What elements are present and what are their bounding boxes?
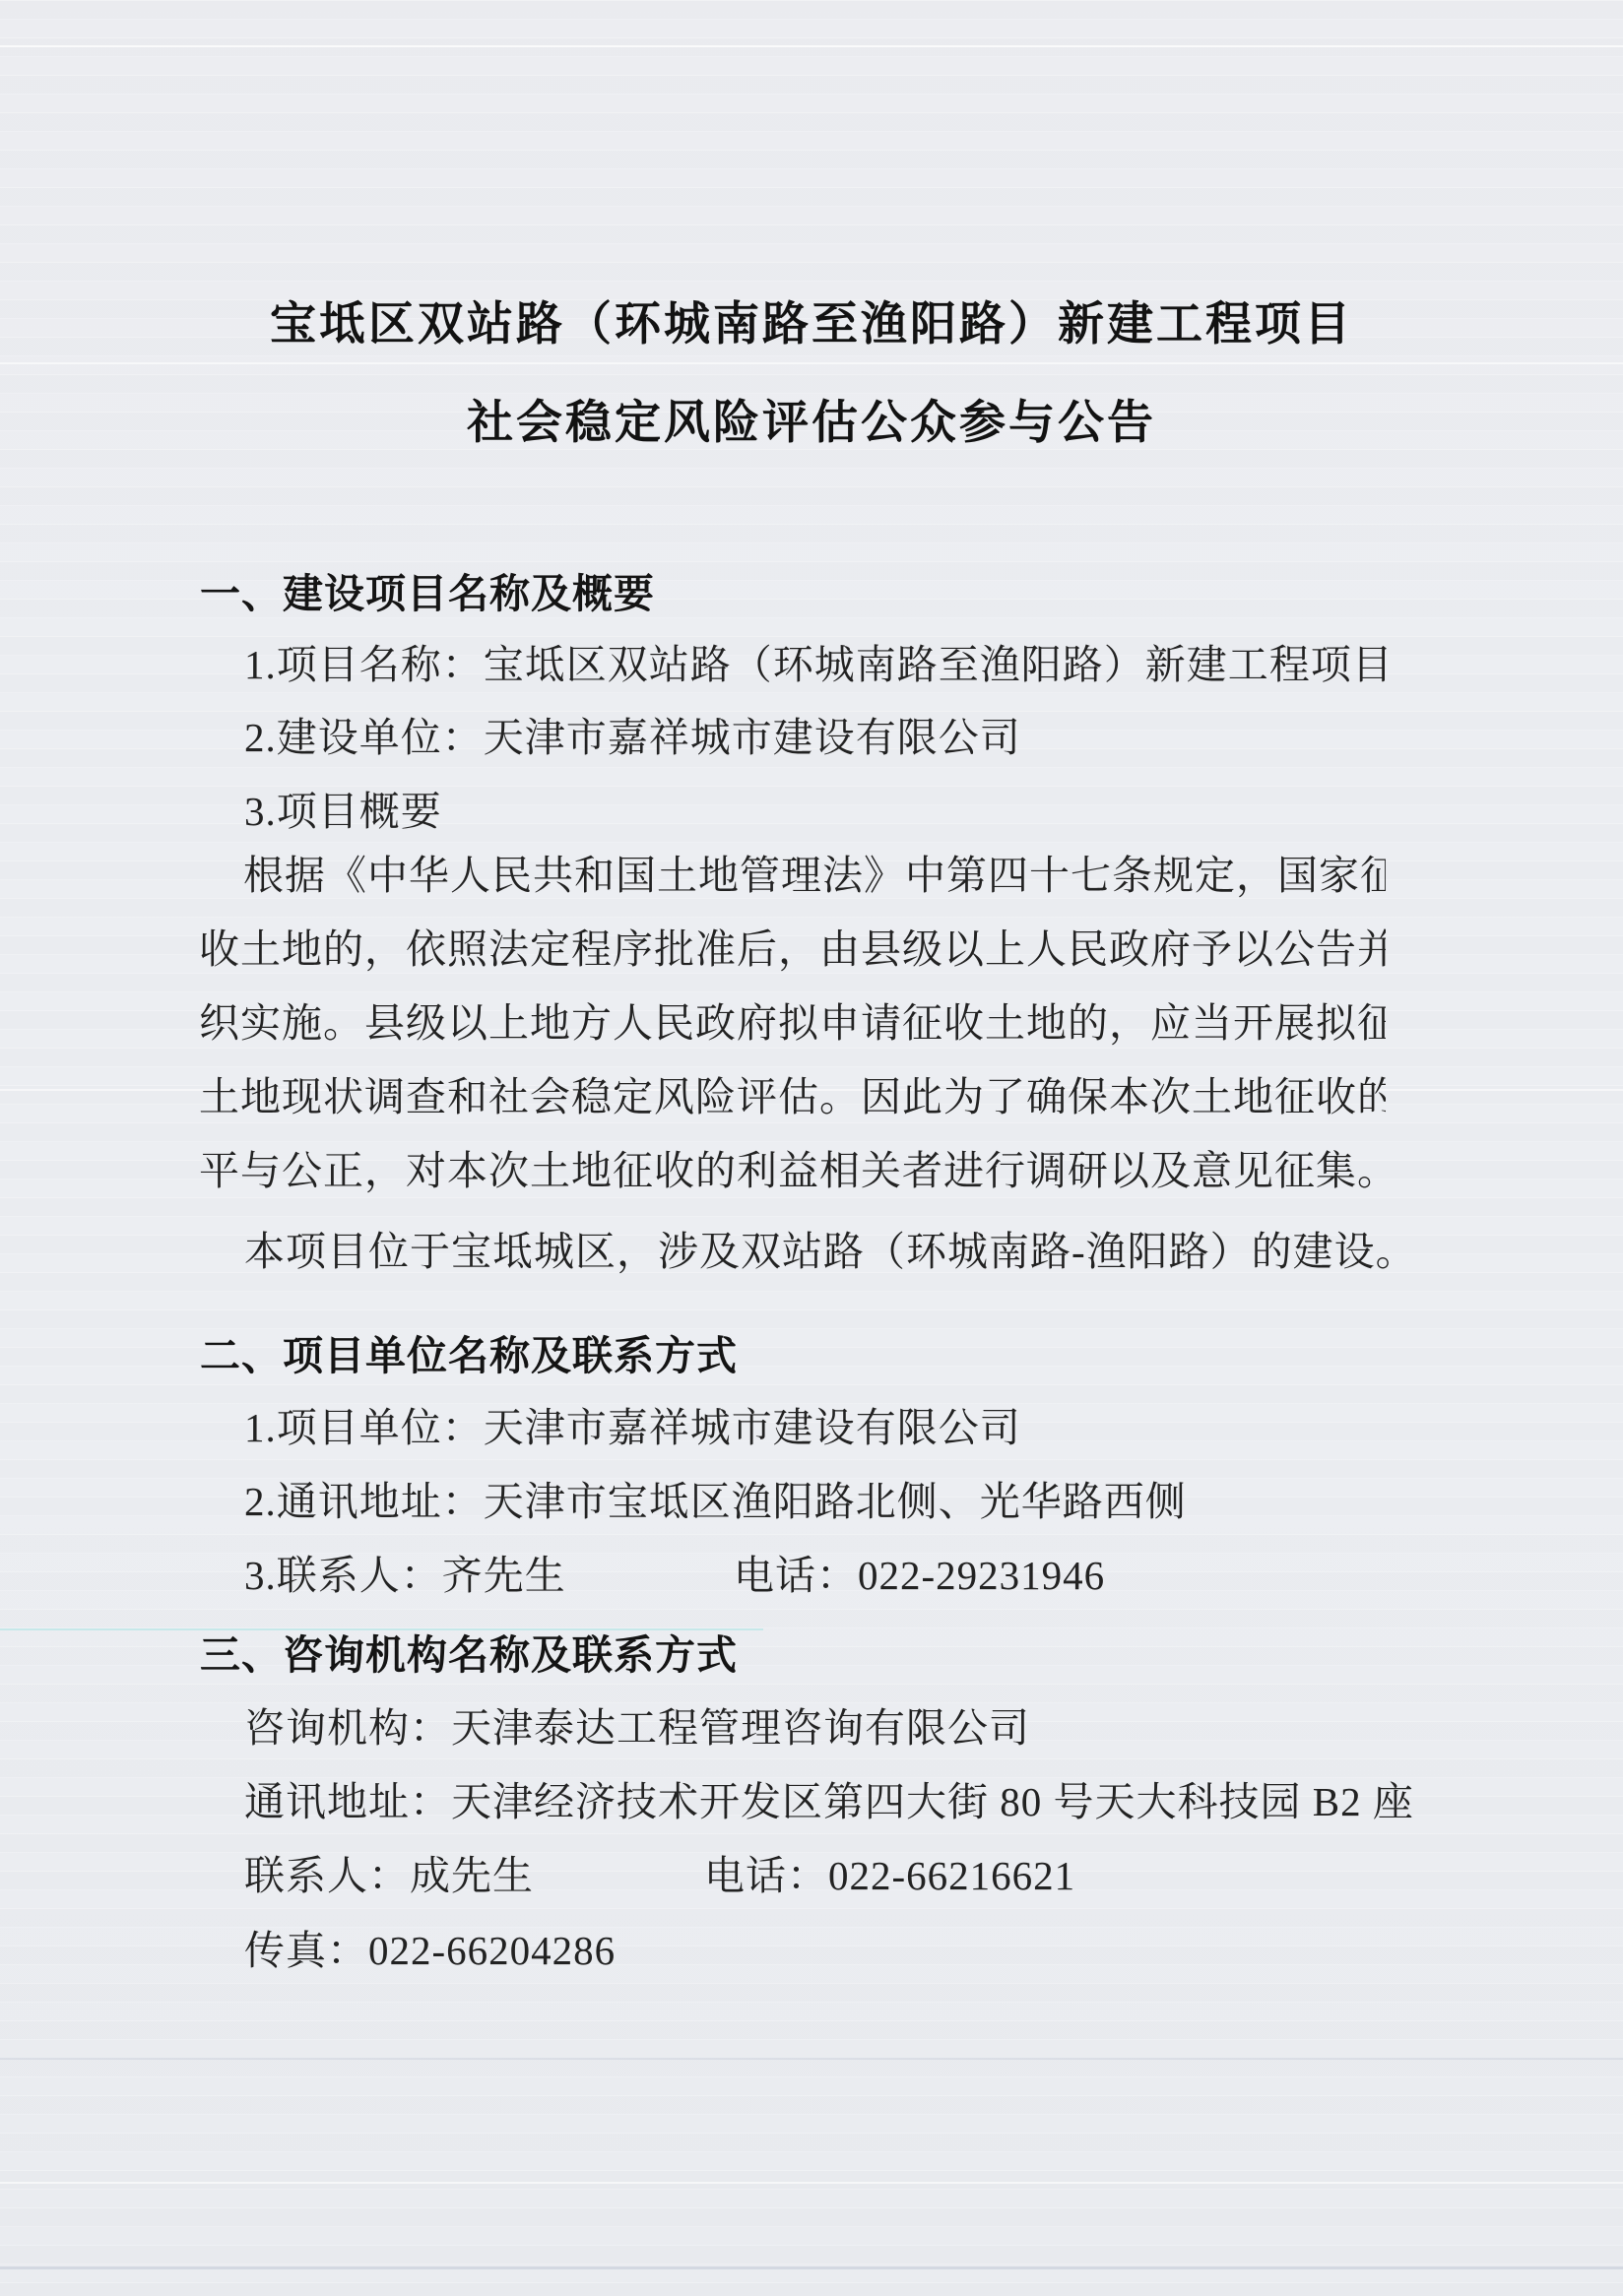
section-1-item-project-name: 1.项目名称：宝坻区双站路（环城南路至渔阳路）新建工程项目 xyxy=(244,632,1394,690)
contact-phone-label: 电话：022-66216621 xyxy=(704,1843,1075,1901)
section-3-heading: 三、咨询机构名称及联系方式 xyxy=(200,1623,738,1681)
section-1-heading: 一、建设项目名称及概要 xyxy=(200,561,655,619)
scanned-document: 宝坻区双站路（环城南路至渔阳路）新建工程项目 社会稳定风险评估公众参与公告 一、… xyxy=(0,0,1623,2296)
section-2-heading: 二、项目单位名称及联系方式 xyxy=(200,1323,738,1381)
contact-phone-label: 电话：022-29231946 xyxy=(734,1543,1105,1601)
page-title-line-1: 宝坻区双站路（环城南路至渔阳路）新建工程项目 xyxy=(0,287,1623,353)
section-1-item-construction-unit: 2.建设单位：天津市嘉祥城市建设有限公司 xyxy=(244,705,1021,763)
section-3-consulting-agency: 咨询机构：天津泰达工程管理咨询有限公司 xyxy=(244,1695,1030,1754)
scan-artifact-line xyxy=(0,2266,1623,2269)
section-2-item-mailing-address: 2.通讯地址：天津市宝坻区渔阳路北侧、光华路西侧 xyxy=(244,1469,1187,1527)
section-3-contact-row: 联系人：成先生 电话：022-66216621 xyxy=(0,1843,1623,1902)
paragraph-line: 收土地的，依照法定程序批准后，由县级以上人民政府予以公告并组 xyxy=(199,919,1386,992)
scan-artifact-line xyxy=(0,2058,1623,2060)
section-3-mailing-address: 通讯地址：天津经济技术开发区第四大街 80 号天大科技园 B2 座 xyxy=(244,1769,1414,1827)
paragraph-line: 根据《中华人民共和国土地管理法》中第四十七条规定，国家征 xyxy=(243,845,1386,919)
page-title-line-2: 社会稳定风险评估公众参与公告 xyxy=(0,386,1623,452)
paragraph-line: 土地现状调查和社会稳定风险评估。因此为了确保本次土地征收的公 xyxy=(199,1066,1386,1140)
scan-artifact-line xyxy=(0,362,1623,364)
contact-person-label: 3.联系人：齐先生 xyxy=(244,1543,566,1601)
section-3-fax-line: 传真：022-66204286 xyxy=(244,1918,616,1976)
section-2-item-project-unit: 1.项目单位：天津市嘉祥城市建设有限公司 xyxy=(244,1395,1021,1453)
document-page: { "colors": { "paper": "#edeef2", "ink":… xyxy=(0,0,1623,2296)
contact-person-label: 联系人：成先生 xyxy=(244,1843,534,1901)
section-1-item-project-summary: 3.项目概要 xyxy=(244,779,442,837)
scan-artifact-line xyxy=(0,45,1623,47)
section-1-paragraph-2: 本项目位于宝坻城区，涉及双站路（环城南路-渔阳路）的建设。 xyxy=(244,1219,1417,1277)
scan-artifact-line xyxy=(0,2182,1623,2184)
paragraph-line: 平与公正，对本次土地征收的利益相关者进行调研以及意见征集。 xyxy=(199,1140,1386,1214)
paragraph-line: 织实施。县级以上地方人民政府拟申请征收土地的，应当开展拟征收 xyxy=(199,992,1386,1066)
section-1-paragraph: 根据《中华人民共和国土地管理法》中第四十七条规定，国家征 收土地的，依照法定程序… xyxy=(199,845,1386,1214)
section-2-contact-row: 3.联系人：齐先生 电话：022-29231946 xyxy=(0,1543,1623,1602)
